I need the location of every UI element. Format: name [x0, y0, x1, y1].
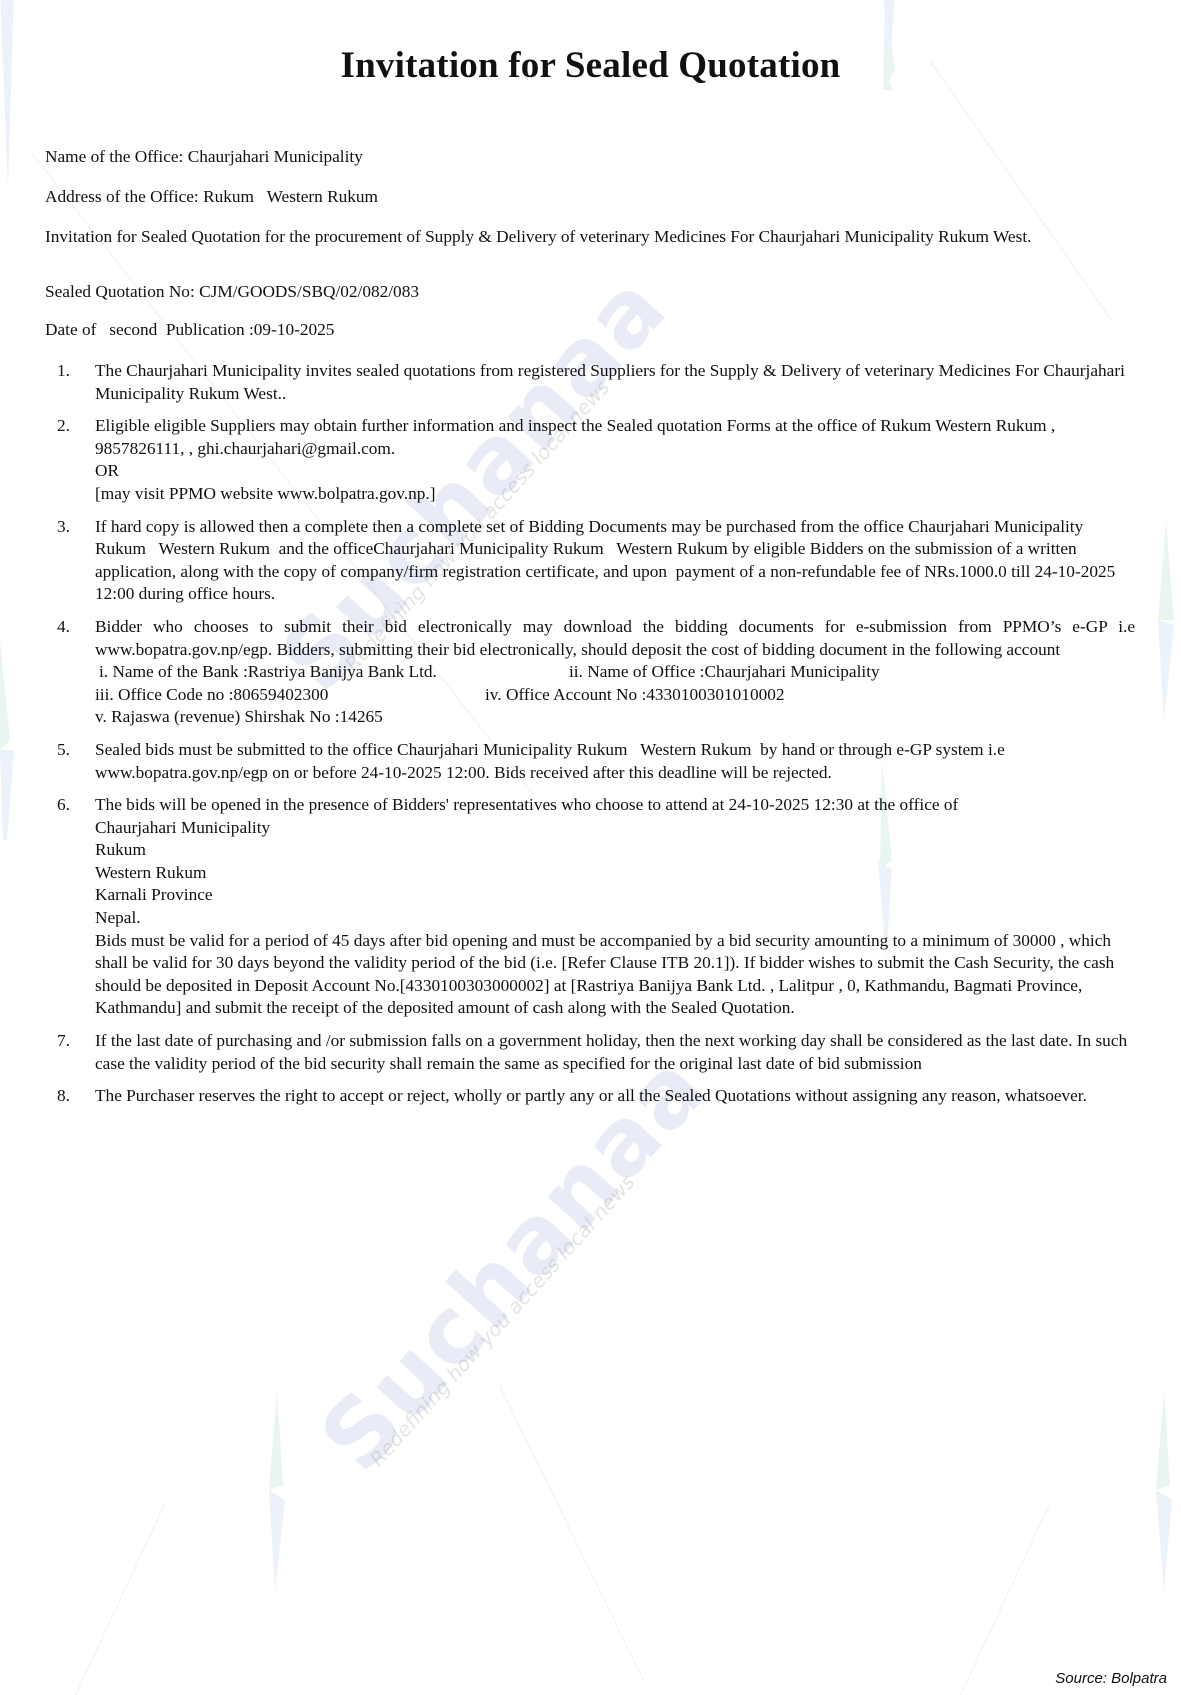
list-item: 7. If the last date of purchasing and /o… [45, 1030, 1135, 1075]
watermark-arrow-icon [0, 0, 18, 190]
item-text: The bids will be opened in the presence … [95, 794, 1135, 817]
or-text: OR [95, 460, 1135, 483]
list-item: 8. The Purchaser reserves the right to a… [45, 1085, 1135, 1108]
office-account-no: iv. Office Account No :4330100301010002 [485, 684, 785, 707]
quotation-no: CJM/GOODS/SBQ/02/082/083 [199, 282, 419, 301]
item-number: 5. [45, 739, 95, 784]
watermark-arrow-icon [1152, 520, 1174, 720]
opening-address-line: Karnali Province [95, 884, 1135, 907]
item-number: 4. [45, 616, 95, 729]
publication-label: Date of second Publication : [45, 320, 254, 339]
watermark-tagline: Redefining how you access local news [365, 1170, 639, 1471]
office-address-line: Address of the Office: Rukum Western Ruk… [45, 186, 1145, 208]
item-number: 6. [45, 794, 95, 1020]
item-number: 2. [45, 415, 95, 505]
quotation-no-label: Sealed Quotation No: [45, 282, 195, 301]
list-item: 2. Eligible eligible Suppliers may obtai… [45, 415, 1135, 505]
opening-address-line: Rukum [95, 839, 1135, 862]
quotation-number-line: Sealed Quotation No: CJM/GOODS/SBQ/02/08… [45, 281, 1145, 303]
opening-address-line: Chaurjahari Municipality [95, 817, 1135, 840]
bank-account-row: i. Name of the Bank :Rastriya Banijya Ba… [95, 661, 1135, 684]
item-number: 7. [45, 1030, 95, 1075]
office-address: Rukum Western Rukum [203, 187, 378, 206]
publication-date: 09-10-2025 [254, 320, 335, 339]
invitation-text: Invitation for Sealed Quotation for the … [45, 226, 1145, 248]
item-number: 3. [45, 516, 95, 606]
account-office-name: ii. Name of Office :Chaurjahari Municipa… [569, 661, 880, 684]
list-item: 4. Bidder who chooses to submit their bi… [45, 616, 1135, 729]
item-number: 1. [45, 360, 95, 405]
source-credit: Source: Bolpatra [1055, 1670, 1167, 1687]
item-text: Eligible eligible Suppliers may obtain f… [95, 415, 1135, 460]
item-text: If the last date of purchasing and /or s… [95, 1031, 1127, 1073]
list-item: 3. If hard copy is allowed then a comple… [45, 516, 1135, 606]
page-title: Invitation for Sealed Quotation [0, 44, 1181, 87]
bank-account-row: iii. Office Code no :80659402300 iv. Off… [95, 684, 1135, 707]
office-name: Chaurjahari Municipality [188, 147, 363, 166]
item-text: If hard copy is allowed then a complete … [95, 517, 1120, 604]
office-code: iii. Office Code no :80659402300 [95, 684, 485, 707]
watermark-arrow-icon [1150, 1390, 1172, 1590]
list-item: 5. Sealed bids must be submitted to the … [45, 739, 1135, 784]
list-item: 6. The bids will be opened in the presen… [45, 794, 1135, 1020]
address-label: Address of the Office: [45, 187, 199, 206]
office-name-label: Name of the Office: [45, 147, 183, 166]
publication-date-line: Date of second Publication :09-10-2025 [45, 319, 1145, 341]
clauses-list: 1. The Chaurjahari Municipality invites … [45, 360, 1135, 1118]
office-name-line: Name of the Office: Chaurjahari Municipa… [45, 146, 1145, 168]
ppmo-website-link[interactable]: [may visit PPMO website www.bolpatra.gov… [95, 483, 1135, 506]
item-text: The Chaurjahari Municipality invites sea… [95, 361, 1125, 403]
watermark-arrow-icon [0, 640, 22, 840]
item-text: Bidder who chooses to submit their bid e… [95, 616, 1135, 661]
opening-address-line: Nepal. [95, 907, 1135, 930]
opening-address-line: Western Rukum [95, 862, 1135, 885]
revenue-shirshak-no: v. Rajaswa (revenue) Shirshak No :14265 [95, 706, 1135, 729]
item-number: 8. [45, 1085, 95, 1108]
bid-security-text: Bids must be valid for a period of 45 da… [95, 930, 1135, 1020]
item-text: Sealed bids must be submitted to the off… [95, 740, 1009, 782]
bank-name: i. Name of the Bank :Rastriya Banijya Ba… [95, 661, 569, 684]
item-text: The Purchaser reserves the right to acce… [95, 1086, 1087, 1105]
list-item: 1. The Chaurjahari Municipality invites … [45, 360, 1135, 405]
watermark-arrow-icon [265, 1390, 287, 1590]
